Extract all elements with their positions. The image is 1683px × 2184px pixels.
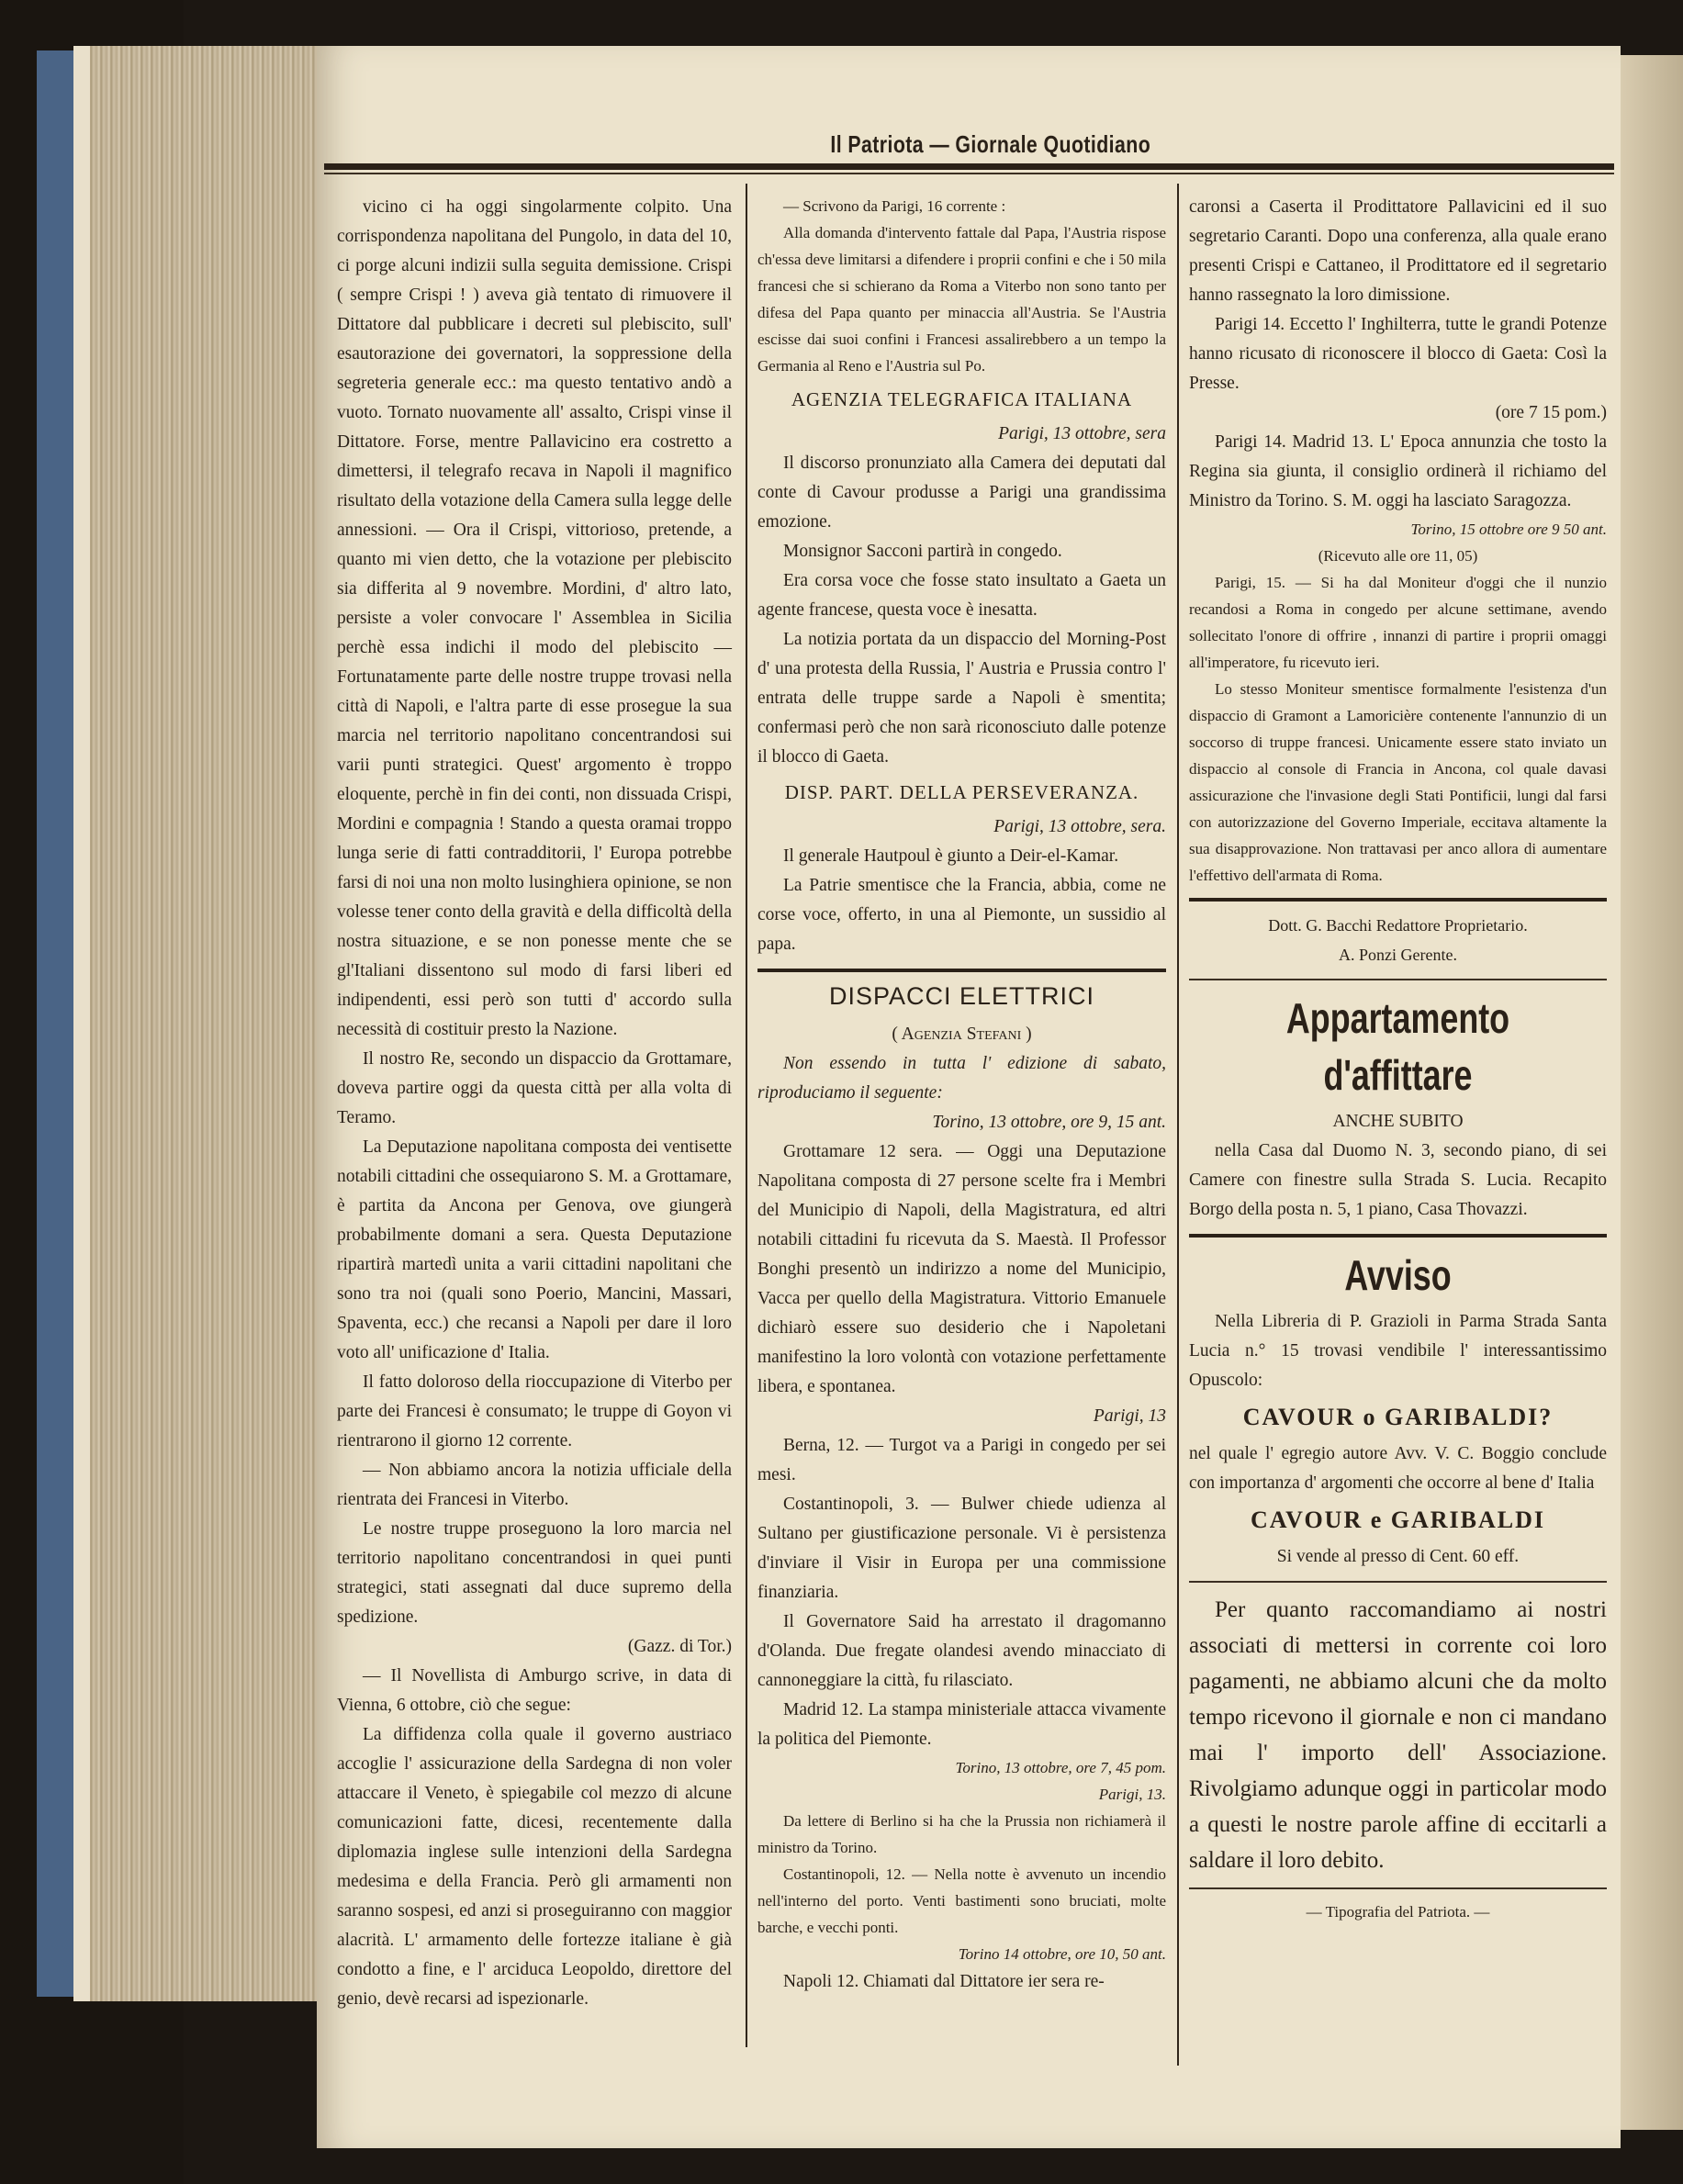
news-item: La Patrie smentisce che la Francia, abbi… bbox=[757, 871, 1166, 959]
dateline-text: Parigi, 13 ottobre, sera. bbox=[993, 817, 1166, 836]
subscriber-appeal: Per quanto raccomandiamo ai nostri assoc… bbox=[1189, 1592, 1607, 1878]
ad-apartment-title: Appartamento d'affittare bbox=[1235, 990, 1561, 1103]
dateline-text: Torino 14 ottobre, ore 10, 50 ant. bbox=[959, 1945, 1166, 1963]
time-note: (ore 7 15 pom.) bbox=[1189, 398, 1607, 428]
news-item: La notizia portata da un dispaccio del M… bbox=[757, 625, 1166, 772]
article-paragraph: — Non abbiamo ancora la notizia ufficial… bbox=[337, 1456, 732, 1515]
masthead-rule bbox=[324, 163, 1614, 170]
dateline: Torino, 15 ottobre ore 9 50 ant. bbox=[1189, 516, 1607, 543]
paris-intro: — Scrivono da Parigi, 16 corrente : bbox=[757, 193, 1166, 219]
news-item: Da lettere di Berlino si ha che la Pruss… bbox=[757, 1808, 1166, 1861]
masthead-rule-thin bbox=[324, 173, 1614, 174]
stacked-page-edges bbox=[73, 46, 321, 2001]
dateline: Parigi, 13 ottobre, sera bbox=[757, 420, 1166, 449]
section-divider bbox=[757, 969, 1166, 972]
news-item: Costantinopoli, 12. — Nella notte è avve… bbox=[757, 1861, 1166, 1941]
source-tag: (Gazz. di Tor.) bbox=[337, 1632, 732, 1662]
section-divider bbox=[1189, 1581, 1607, 1583]
agency-name: ( Agenzia Stefani ) bbox=[757, 1020, 1166, 1049]
news-item: Parigi 14. Eccetto l' Inghilterra, tutte… bbox=[1189, 310, 1607, 398]
dateline-text: Parigi, 13 bbox=[1094, 1406, 1166, 1426]
dateline-text: Parigi, 13. bbox=[1099, 1786, 1166, 1803]
news-item: Madrid 12. La stampa ministeriale attacc… bbox=[757, 1696, 1166, 1754]
column-divider-1 bbox=[746, 184, 747, 2047]
paris-body: Alla domanda d'intervento fattale dal Pa… bbox=[757, 219, 1166, 379]
article-paragraph: Il nostro Re, secondo un dispaccio da Gr… bbox=[337, 1045, 732, 1133]
editorial-note-text: Non essendo in tutta l' edizione di saba… bbox=[757, 1054, 1166, 1103]
news-item: Lo stesso Moniteur smentisce formalmente… bbox=[1189, 676, 1607, 889]
dateline: Parigi, 13 ottobre, sera. bbox=[757, 812, 1166, 842]
book-title-2: CAVOUR e GARIBALDI bbox=[1189, 1506, 1607, 1535]
news-item: Napoli 12. Chiamati dal Dittatore ier se… bbox=[757, 1967, 1166, 1997]
section-heading-dispacci: DISPACCI ELETTRICI bbox=[757, 981, 1166, 1011]
news-item: Parigi 14. Madrid 13. L' Epoca annunzia … bbox=[1189, 428, 1607, 516]
news-item: Berna, 12. — Turgot va a Parigi in conge… bbox=[757, 1431, 1166, 1490]
dateline-text: Torino, 13 ottobre, ore 9, 15 ant. bbox=[932, 1113, 1166, 1132]
ad-notice-title: Avviso bbox=[1235, 1247, 1561, 1304]
news-item: Grottamare 12 sera. — Oggi una Deputazio… bbox=[757, 1137, 1166, 1402]
dateline-text: Torino, 15 ottobre ore 9 50 ant. bbox=[1411, 521, 1607, 538]
book-cover-board bbox=[37, 50, 78, 1997]
article-paragraph: La Deputazione napolitana composta dei v… bbox=[337, 1133, 732, 1368]
section-divider bbox=[1189, 1234, 1607, 1238]
column-1: vicino ci ha oggi singolarmente colpito.… bbox=[337, 193, 732, 2014]
dateline: Torino 14 ottobre, ore 10, 50 ant. bbox=[757, 1941, 1166, 1967]
section-heading-perseveranza: DISP. PART. DELLA PERSEVERANZA. bbox=[757, 778, 1166, 807]
received-note: (Ricevuto alle ore 11, 05) bbox=[1189, 543, 1607, 569]
ad-apartment-subtitle: ANCHE SUBITO bbox=[1189, 1107, 1607, 1137]
news-item: Il Governatore Said ha arrestato il drag… bbox=[757, 1607, 1166, 1696]
section-heading-agenzia: AGENZIA TELEGRAFICA ITALIANA bbox=[757, 385, 1166, 414]
dateline: Torino, 13 ottobre, ore 7, 45 pom. bbox=[757, 1754, 1166, 1781]
book-title-1: CAVOUR o GARIBALDI? bbox=[1189, 1403, 1607, 1432]
ad-apartment-body: nella Casa dal Duomo N. 3, secondo piano… bbox=[1189, 1137, 1607, 1225]
column-divider-2 bbox=[1177, 184, 1179, 2066]
article-paragraph: vicino ci ha oggi singolarmente colpito.… bbox=[337, 193, 732, 1045]
news-item: Parigi, 15. — Si ha dal Moniteur d'oggi … bbox=[1189, 569, 1607, 676]
dateline: Torino, 13 ottobre, ore 9, 15 ant. bbox=[757, 1108, 1166, 1137]
section-divider bbox=[1189, 898, 1607, 902]
editor-signature: Dott. G. Bacchi Redattore Proprietario. bbox=[1189, 911, 1607, 940]
article-paragraph: Le nostre truppe proseguono la loro marc… bbox=[337, 1515, 732, 1632]
newspaper-page: Il Patriota — Giornale Quotidiano vicino… bbox=[317, 46, 1621, 2148]
dateline-text: Torino, 13 ottobre, ore 7, 45 pom. bbox=[955, 1759, 1166, 1776]
masthead-title: Il Patriota — Giornale Quotidiano bbox=[456, 130, 1525, 159]
section-divider bbox=[1189, 1887, 1607, 1889]
next-page-edge bbox=[1621, 55, 1683, 2130]
editorial-note: Non essendo in tutta l' edizione di saba… bbox=[757, 1049, 1166, 1108]
printer-footer: — Tipografia del Patriota. — bbox=[1189, 1898, 1607, 1925]
news-item: Il generale Hautpoul è giunto a Deir-el-… bbox=[757, 842, 1166, 871]
column-2: — Scrivono da Parigi, 16 corrente : Alla… bbox=[757, 193, 1166, 1997]
article-paragraph: La diffidenza colla quale il governo aus… bbox=[337, 1720, 732, 2014]
news-item: Monsignor Sacconi partirà in congedo. bbox=[757, 537, 1166, 566]
ad-notice-body: nel quale l' egregio autore Avv. V. C. B… bbox=[1189, 1439, 1607, 1498]
news-item: Il discorso pronunziato alla Camera dei … bbox=[757, 449, 1166, 537]
column-3: caronsi a Caserta il Prodittatore Pallav… bbox=[1189, 193, 1607, 1925]
news-item: Era corsa voce che fosse stato insultato… bbox=[757, 566, 1166, 625]
dateline-text: Parigi, 13 ottobre, sera bbox=[998, 424, 1166, 443]
dateline: Parigi, 13 bbox=[757, 1402, 1166, 1431]
article-paragraph: Il fatto doloroso della rioccupazione di… bbox=[337, 1368, 732, 1456]
manager-signature: A. Ponzi Gerente. bbox=[1189, 940, 1607, 969]
news-item: caronsi a Caserta il Prodittatore Pallav… bbox=[1189, 193, 1607, 310]
ad-price: Si vende al presso di Cent. 60 eff. bbox=[1189, 1542, 1607, 1572]
dateline: Parigi, 13. bbox=[757, 1781, 1166, 1808]
ad-notice-body: Nella Libreria di P. Grazioli in Parma S… bbox=[1189, 1307, 1607, 1395]
section-divider bbox=[1189, 979, 1607, 980]
news-item: Costantinopoli, 3. — Bulwer chiede udien… bbox=[757, 1490, 1166, 1607]
article-paragraph: — Il Novellista di Amburgo scrive, in da… bbox=[337, 1662, 732, 1720]
